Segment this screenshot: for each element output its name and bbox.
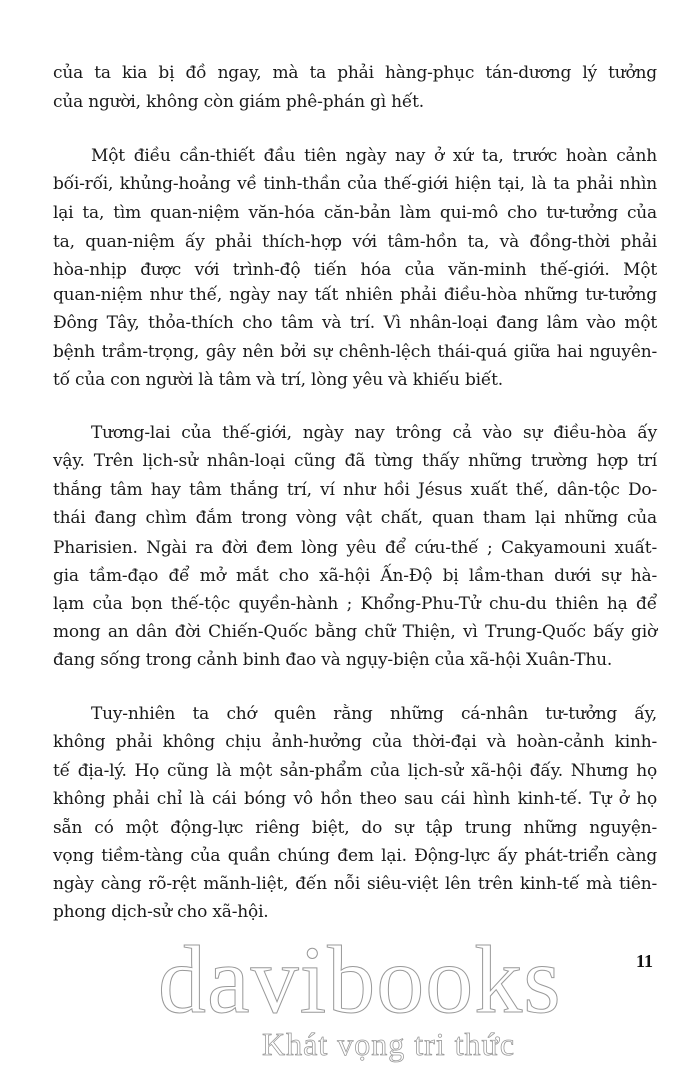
text-line: bối-rối, khủng-hoảng về tinh-thần của th… xyxy=(53,173,657,195)
text-line: thái đang chìm đắm trong vòng vật chất, … xyxy=(53,507,657,529)
text-line: không phải không chịu ảnh-hưởng của thời… xyxy=(53,731,657,753)
page-number: 11 xyxy=(636,951,653,972)
text-line: sẵn có một động-lực riêng biệt, do sự tậ… xyxy=(53,817,657,839)
text-line: bệnh trầm-trọng, gây nên bởi sự chênh-lệ… xyxy=(53,341,657,363)
text-line: vọng tiềm-tàng của quần chúng đem lại. Đ… xyxy=(53,845,657,867)
watermark-brand-logo: davibooks xyxy=(158,930,562,1030)
text-line: quan-niệm như thế, ngày nay tất nhiên ph… xyxy=(53,284,657,306)
text-line: ngày càng rõ-rệt mãnh-liệt, đến nỗi siêu… xyxy=(53,873,657,895)
text-line: gia tầm-đạo để mở mắt cho xã-hội Ấn-Độ b… xyxy=(53,565,657,587)
text-line: đang sống trong cảnh binh đao và ngụy-bi… xyxy=(53,649,657,671)
text-line: tế địa-lý. Họ cũng là một sản-phẩm của l… xyxy=(53,760,657,782)
text-line: lạm của bọn thế-tộc quyền-hành ; Khổng-P… xyxy=(53,593,657,615)
text-line: ta, quan-niệm ấy phải thích-hợp với tâm-… xyxy=(53,231,657,253)
watermark-tagline: Khát vọng tri thức xyxy=(262,1026,515,1062)
text-line: phong dịch-sử cho xã-hội. xyxy=(53,901,657,923)
text-line: không phải chỉ là cái bóng vô hồn theo s… xyxy=(53,788,657,810)
text-line: thắng tâm hay tâm thắng trí, ví như hồi … xyxy=(53,479,657,501)
text-line: của người, không còn giám phê-phán gì hế… xyxy=(53,91,657,113)
text-line: Pharisien. Ngài ra đời đem lòng yêu để c… xyxy=(53,537,657,559)
text-line: của ta kia bị đồ ngay, mà ta phải hàng-p… xyxy=(53,62,657,84)
text-line: Tuy-nhiên ta chớ quên rằng những cá-nhân… xyxy=(91,703,657,725)
text-line: mong an dân đời Chiến-Quốc bằng chữ Thiệ… xyxy=(53,621,657,643)
text-line: hòa-nhịp được với trình-độ tiến hóa của … xyxy=(53,259,657,281)
text-line: Đông Tây, thỏa-thích cho tâm và trí. Vì … xyxy=(53,312,657,334)
text-line: Tương-lai của thế-giới, ngày nay trông c… xyxy=(91,422,657,444)
text-line: lại ta, tìm quan-niệm văn-hóa căn-bản là… xyxy=(53,202,657,224)
text-line: Một điều cần-thiết đầu tiên ngày nay ở x… xyxy=(91,145,657,167)
text-line: tố của con người là tâm và trí, lòng yêu… xyxy=(53,369,657,391)
text-line: vậy. Trên lịch-sử nhân-loại cũng đã từng… xyxy=(53,450,657,472)
